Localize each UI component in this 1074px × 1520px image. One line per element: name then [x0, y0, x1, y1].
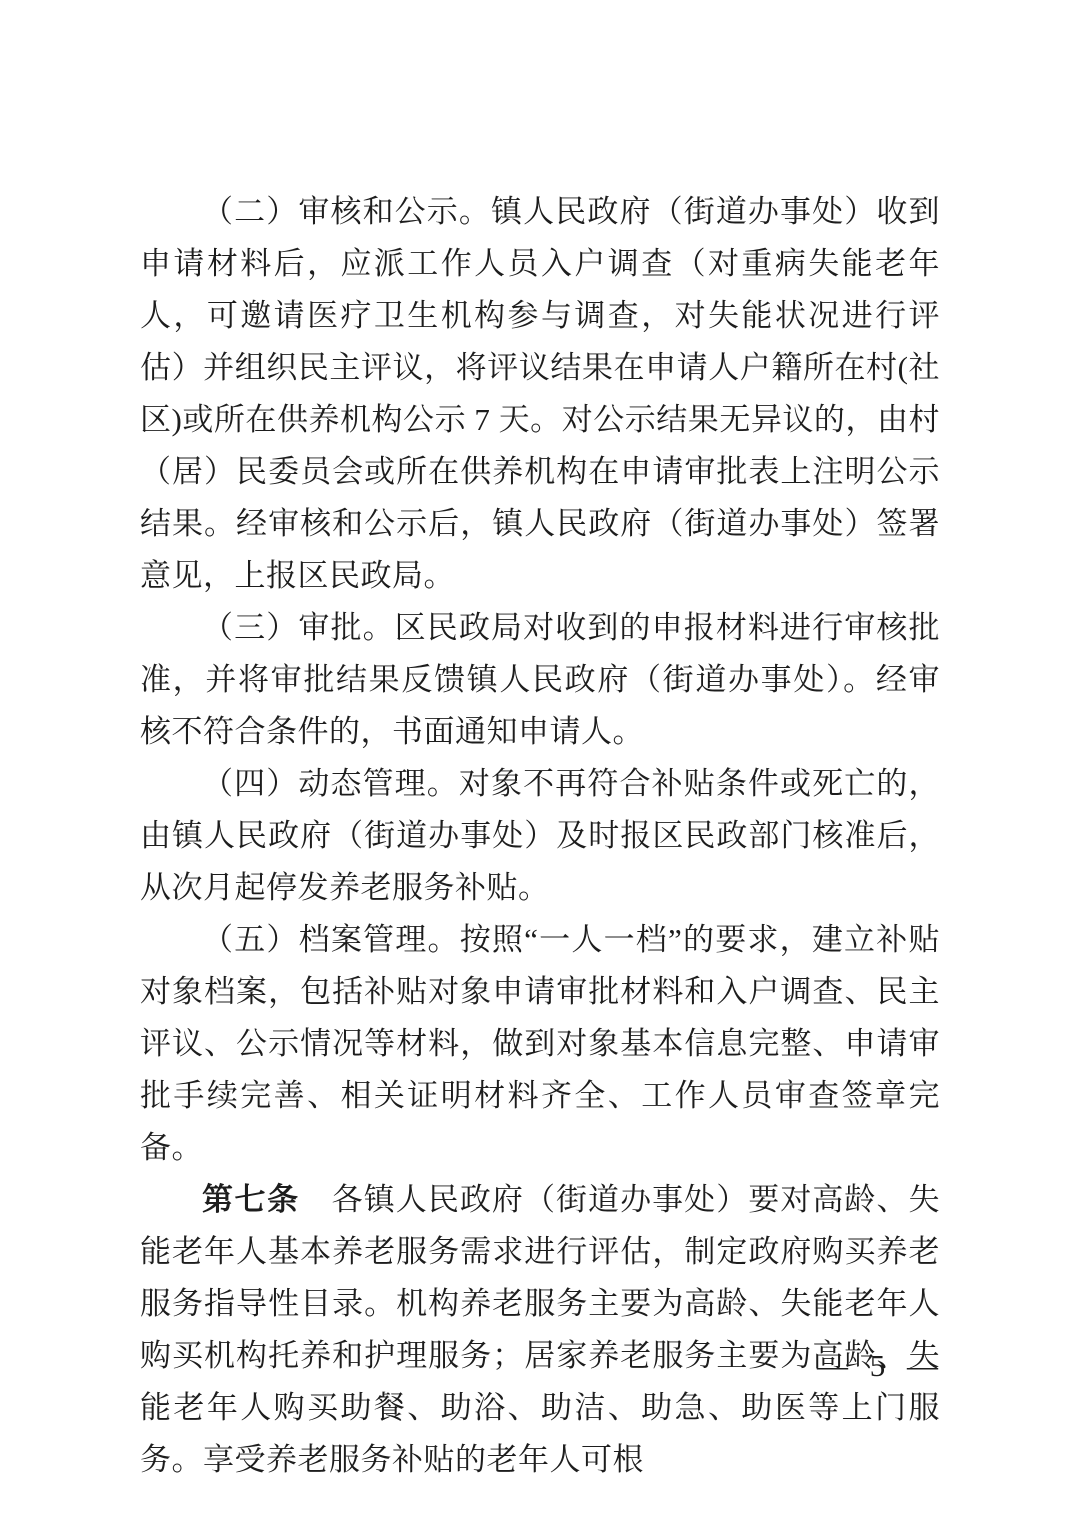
paragraph-clause-3-approval: （三）审批。区民政局对收到的申报材料进行审核批准，并将审批结果反馈镇人民政府（街…	[140, 602, 940, 758]
paragraph-clause-2-review-publicity: （二）审核和公示。镇人民政府（街道办事处）收到申请材料后，应派工作人员入户调查（…	[140, 186, 940, 602]
page-number: — 5 —	[817, 1348, 940, 1384]
article-7-number: 第七条	[202, 1182, 300, 1217]
paragraph-clause-5-archive-management: （五）档案管理。按照“一人一档”的要求，建立补贴对象档案，包括补贴对象申请审批材…	[140, 914, 940, 1174]
paragraph-clause-4-dynamic-management: （四）动态管理。对象不再符合补贴条件或死亡的，由镇人民政府（街道办事处）及时报区…	[140, 758, 940, 914]
body-text: （二）审核和公示。镇人民政府（街道办事处）收到申请材料后，应派工作人员入户调查（…	[140, 186, 940, 1486]
article-7-text: 各镇人民政府（街道办事处）要对高龄、失能老年人基本养老服务需求进行评估，制定政府…	[140, 1182, 940, 1477]
document-page: （二）审核和公示。镇人民政府（街道办事处）收到申请材料后，应派工作人员入户调查（…	[0, 0, 1074, 1520]
paragraph-article-7: 第七条 各镇人民政府（街道办事处）要对高龄、失能老年人基本养老服务需求进行评估，…	[140, 1174, 940, 1486]
